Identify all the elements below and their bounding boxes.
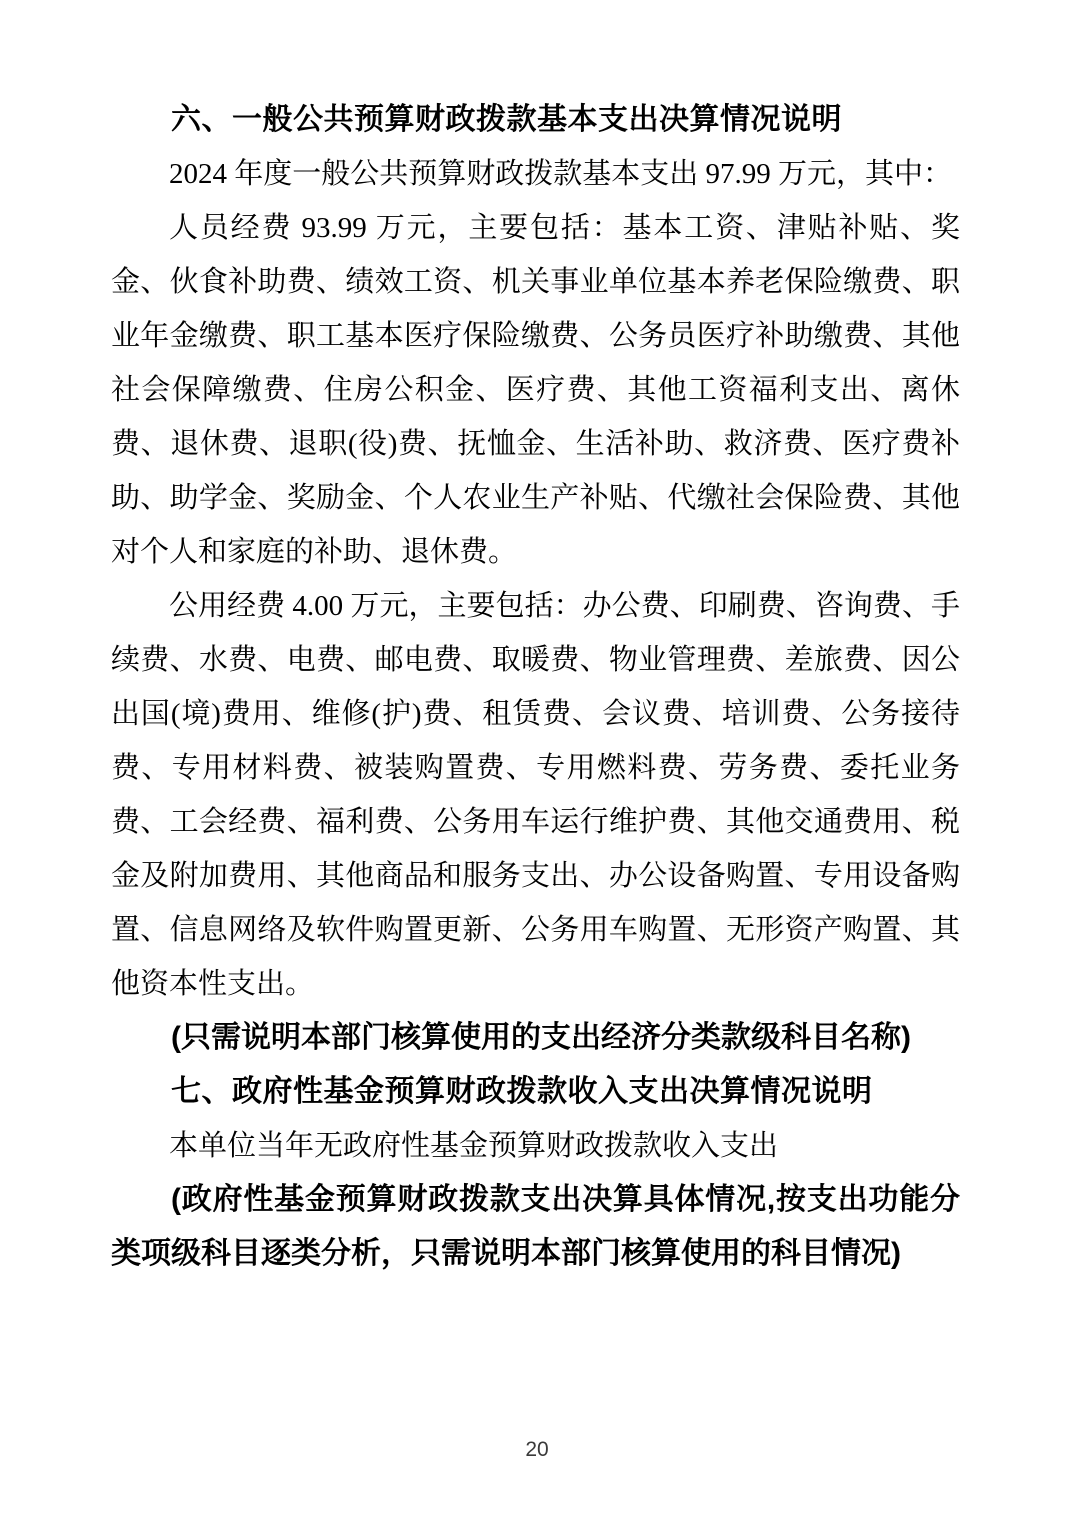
section-7-heading: 七、政府性基金预算财政拨款收入支出决算情况说明 bbox=[111, 1065, 960, 1119]
para-personnel-expenses: 人员经费 93.99 万元，主要包括：基本工资、津贴补贴、奖金、伙食补助费、绩效… bbox=[111, 201, 960, 579]
section-6-heading: 六、一般公共预算财政拨款基本支出决算情况说明 bbox=[111, 93, 960, 147]
para-public-expenses: 公用经费 4.00 万元，主要包括：办公费、印刷费、咨询费、手续费、水费、电费、… bbox=[111, 579, 960, 1011]
para-basic-expenditure-total: 2024 年度一般公共预算财政拨款基本支出 97.99 万元，其中： bbox=[111, 147, 960, 201]
note-economic-classification: (只需说明本部门核算使用的支出经济分类款级科目名称) bbox=[111, 1011, 960, 1065]
document-page: 六、一般公共预算财政拨款基本支出决算情况说明 2024 年度一般公共预算财政拨款… bbox=[0, 0, 1074, 1520]
page-number: 20 bbox=[0, 1438, 1074, 1462]
para-no-government-fund: 本单位当年无政府性基金预算财政拨款收入支出 bbox=[111, 1119, 960, 1173]
document-body: 六、一般公共预算财政拨款基本支出决算情况说明 2024 年度一般公共预算财政拨款… bbox=[111, 93, 960, 1281]
note-government-fund-detail: (政府性基金预算财政拨款支出决算具体情况,按支出功能分类项级科目逐类分析，只需说… bbox=[111, 1173, 960, 1281]
